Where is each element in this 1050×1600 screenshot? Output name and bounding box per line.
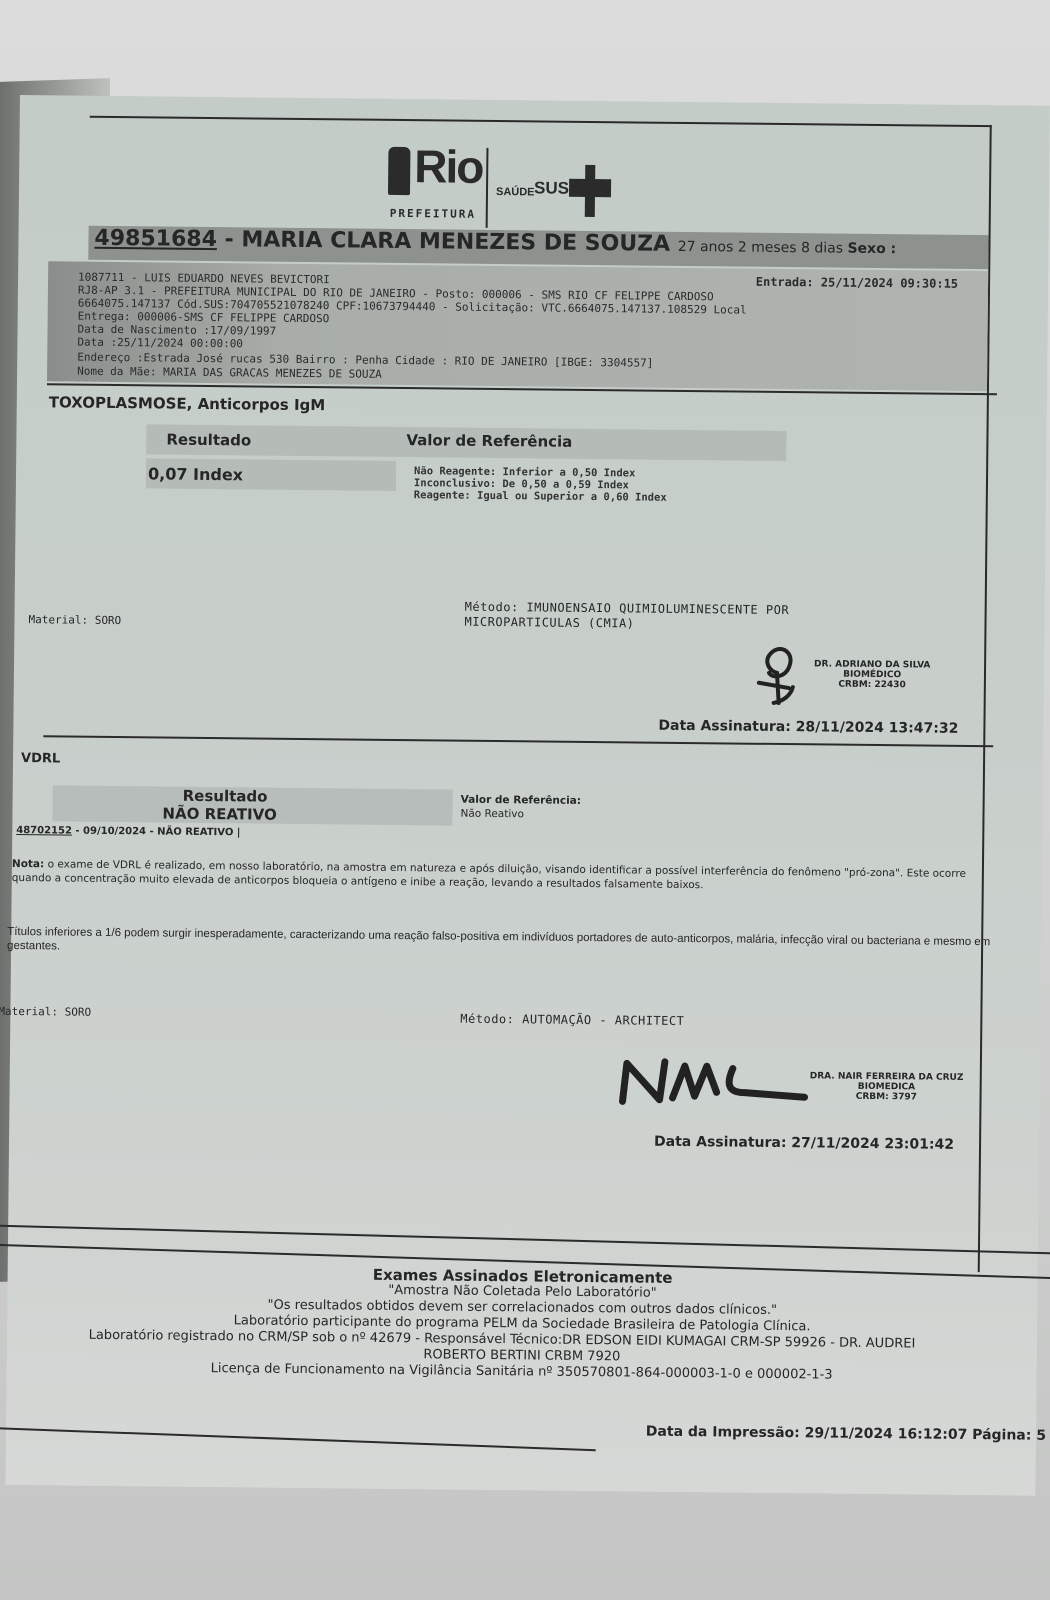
- patient-age: 27 anos 2 meses 8 dias: [678, 239, 848, 257]
- patient-code: 49851684: [88, 226, 217, 252]
- toxo-signer-name: DR. ADRIANO DA SILVA: [814, 659, 930, 670]
- previous-exam-text: - 09/10/2024 - NÃO REATIVO |: [72, 826, 241, 839]
- vdrl-previous-result: 48702152 - 09/10/2024 - NÃO REATIVO |: [16, 825, 240, 838]
- toxo-signer: DR. ADRIANO DA SILVA BIOMÉDICO CRBM: 224…: [814, 659, 931, 690]
- vdrl-ref-value: Não Reativo: [460, 808, 524, 821]
- birth-date: Data de Nascimento :17/09/1997: [77, 324, 276, 337]
- signature-nair: [614, 1051, 815, 1113]
- vdrl-method: Método: AUTOMAÇÃO - ARCHITECT: [460, 1012, 684, 1029]
- lab-report-page: Rio PREFEITURA SAÚDE SUS 49851684 - MARI…: [5, 95, 1049, 1496]
- collection-date: Data :25/11/2024 00:00:00: [77, 337, 243, 350]
- vdrl-ref-header: Valor de Referência:: [461, 794, 581, 807]
- vdrl-test-title: VDRL: [21, 751, 60, 766]
- signature-adriano: [749, 643, 810, 714]
- toxo-result-value: 0,07 Index: [148, 464, 243, 484]
- toxo-method: Método: IMUNOENSAIO QUIMIOLUMINESCENTE P…: [464, 600, 789, 633]
- vdrl-sign-date: Data Assinatura: 27/11/2024 23:01:42: [654, 1134, 954, 1153]
- vdrl-signer-reg: CRBM: 3797: [810, 1091, 964, 1103]
- report-footer: Exames Assinados Eletronicamente "Amostr…: [7, 1263, 1038, 1386]
- toxo-reference-values: Não Reagente: Inferior a 0,50 Index Inco…: [414, 465, 667, 504]
- toxo-ref-header: Valor de Referência: [406, 431, 572, 451]
- vdrl-signer: DRA. NAIR FERREIRA DA CRUZ BIOMEDICA CRB…: [810, 1071, 964, 1103]
- note-label: Nota:: [12, 858, 44, 870]
- print-date: Data da Impressão: 29/11/2024 16:12:07 P…: [646, 1424, 1046, 1444]
- prefeitura-rio-logo: Rio PREFEITURA SAÚDE SUS: [384, 139, 635, 232]
- footer-rule-bottom: [0, 1426, 596, 1451]
- toxo-result-header: Resultado: [166, 431, 251, 450]
- mother-name: Nome da Mãe: MARIA DAS GRACAS MENEZES DE…: [77, 366, 382, 380]
- entry-date: Entrada: 25/11/2024 09:30:15: [756, 277, 958, 290]
- logo-divider: [486, 148, 489, 228]
- sus-cross-icon-bar: [569, 179, 611, 197]
- vdrl-result-header: Resultado: [183, 787, 268, 806]
- patient-sex-label: Sexo :: [847, 241, 896, 258]
- logo-brand: Rio: [414, 139, 483, 194]
- vdrl-result-value: NÃO REATIVO: [162, 805, 276, 824]
- coat-of-arms-icon: [388, 147, 411, 195]
- logo-saude: SAÚDE: [496, 186, 535, 198]
- toxo-signer-reg: CRBM: 22430: [814, 679, 930, 690]
- vdrl-material: Material: SORO: [0, 1005, 91, 1019]
- patient-name: - MARIA CLARA MENEZES DE SOUZA: [217, 227, 678, 257]
- toxo-material: Material: SORO: [28, 613, 121, 627]
- previous-exam-code[interactable]: 48702152: [16, 825, 72, 837]
- toxo-test-title: TOXOPLASMOSE, Anticorpos IgM: [49, 393, 326, 414]
- logo-sus: SUS: [534, 178, 569, 198]
- toxo-sign-date: Data Assinatura: 28/11/2024 13:47:32: [658, 718, 958, 737]
- logo-subtitle: PREFEITURA: [390, 207, 476, 221]
- patient-info-block: Entrada: 25/11/2024 09:30:15 1087711 - L…: [47, 261, 988, 391]
